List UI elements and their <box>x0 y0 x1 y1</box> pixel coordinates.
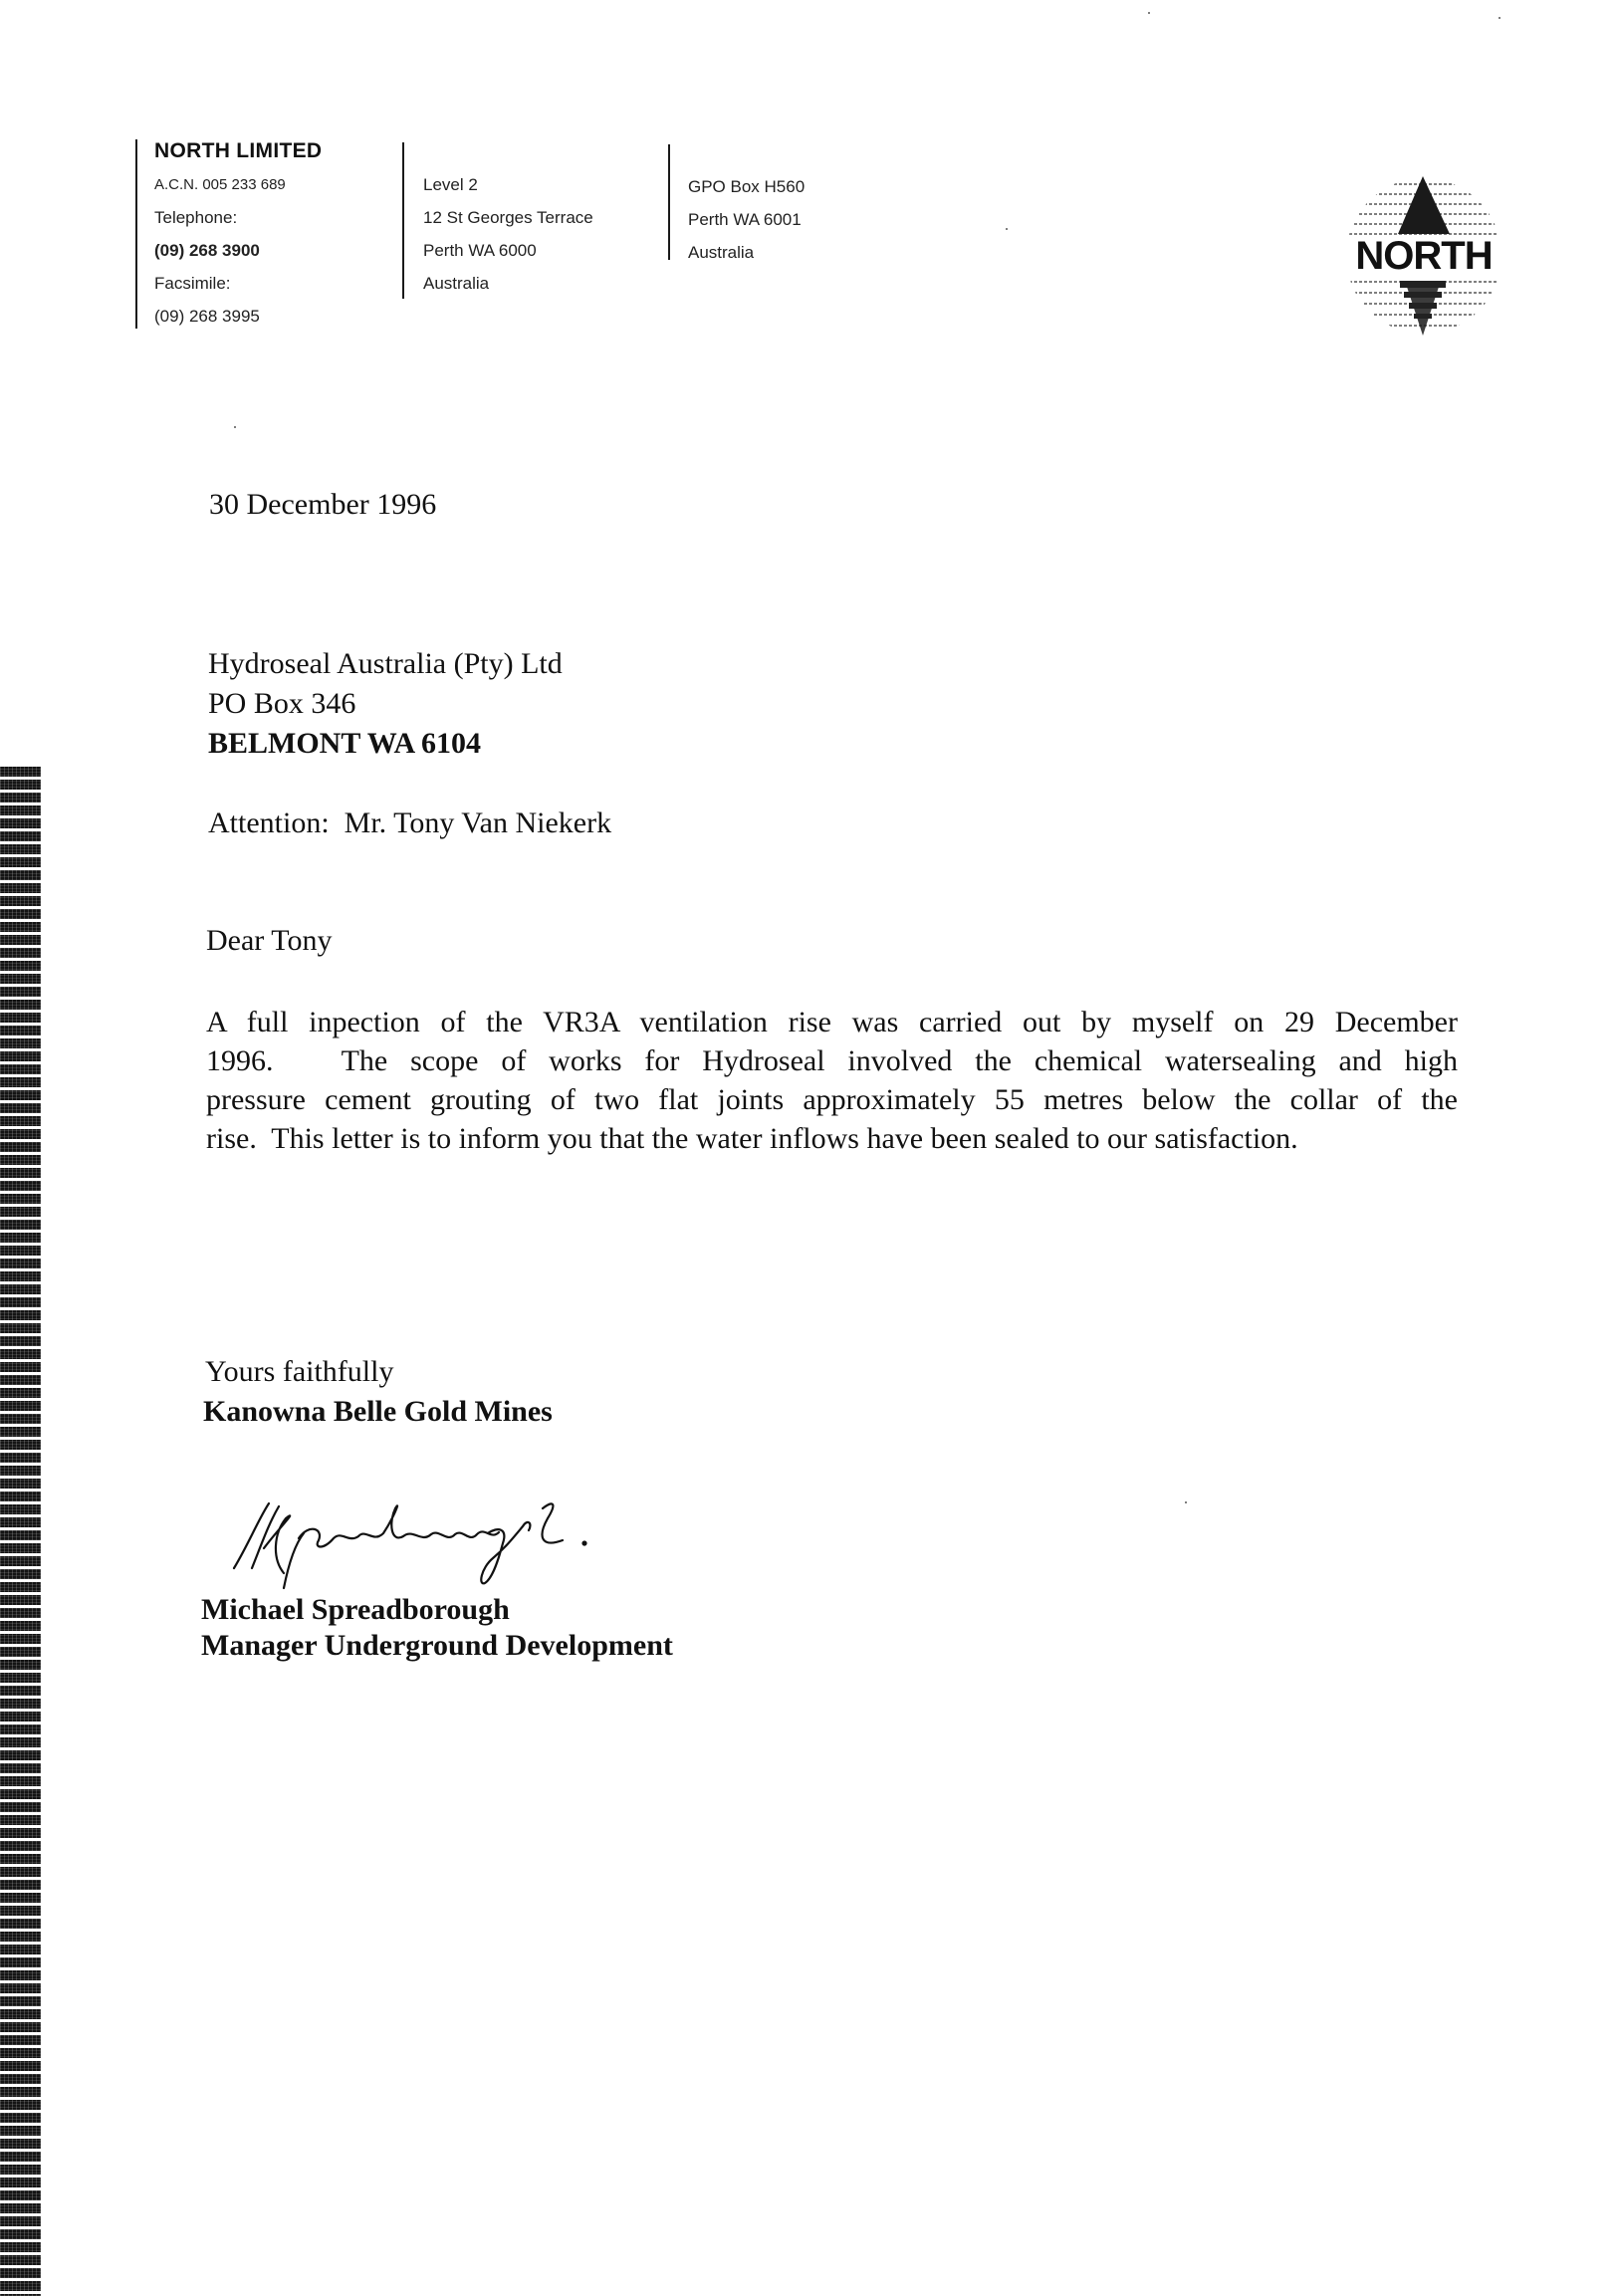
logo-text: NORTH <box>1340 234 1507 278</box>
closing: Yours faithfully <box>205 1355 393 1389</box>
attention-line: Attention: Mr. Tony Van Niekerk <box>208 806 611 840</box>
street-address-line: Australia <box>423 274 489 294</box>
postal-address-line: Australia <box>688 243 754 263</box>
recipient-company: Hydroseal Australia (Pty) Ltd <box>208 647 563 681</box>
street-address-line: Perth WA 6000 <box>423 241 537 261</box>
scan-speck <box>1006 228 1008 230</box>
body-line: rise. This letter is to inform you that … <box>206 1119 1458 1158</box>
acn: A.C.N. 005 233 689 <box>154 175 286 195</box>
body-line: pressure cement grouting of two flat joi… <box>206 1080 1458 1119</box>
handwritten-signature-icon <box>224 1489 642 1598</box>
scan-edge-strip <box>0 767 41 2296</box>
postal-address-line: GPO Box H560 <box>688 177 805 197</box>
postal-address-line: Perth WA 6001 <box>688 210 802 230</box>
recipient-locality: BELMONT WA 6104 <box>208 727 481 761</box>
body-line: A full inpection of the VR3A ventilation… <box>206 1003 1458 1041</box>
letter-body: A full inpection of the VR3A ventilation… <box>206 1003 1458 1158</box>
facsimile-number: (09) 268 3995 <box>154 307 260 327</box>
telephone-number: (09) 268 3900 <box>154 241 260 261</box>
company-name: NORTH LIMITED <box>154 139 322 163</box>
letterhead-divider-3 <box>668 144 670 260</box>
street-address-line: Level 2 <box>423 175 478 195</box>
letterhead-divider-1 <box>135 139 137 329</box>
scan-speck <box>234 426 236 428</box>
facsimile-label: Facsimile: <box>154 274 231 294</box>
signatory-name: Michael Spreadborough <box>201 1593 510 1627</box>
letter-date: 30 December 1996 <box>209 488 436 522</box>
body-line: 1996. The scope of works for Hydroseal i… <box>206 1041 1458 1080</box>
recipient-po-box: PO Box 346 <box>208 687 355 721</box>
telephone-label: Telephone: <box>154 208 237 228</box>
sender-company: Kanowna Belle Gold Mines <box>203 1395 553 1429</box>
scan-speck <box>1499 17 1501 19</box>
street-address-line: 12 St Georges Terrace <box>423 208 593 228</box>
letterhead-divider-2 <box>402 142 404 299</box>
scan-speck <box>1148 12 1150 14</box>
scan-speck <box>1185 1501 1187 1503</box>
north-logo: NORTH <box>1334 164 1513 348</box>
salutation: Dear Tony <box>206 924 332 958</box>
signatory-title: Manager Underground Development <box>201 1629 673 1663</box>
